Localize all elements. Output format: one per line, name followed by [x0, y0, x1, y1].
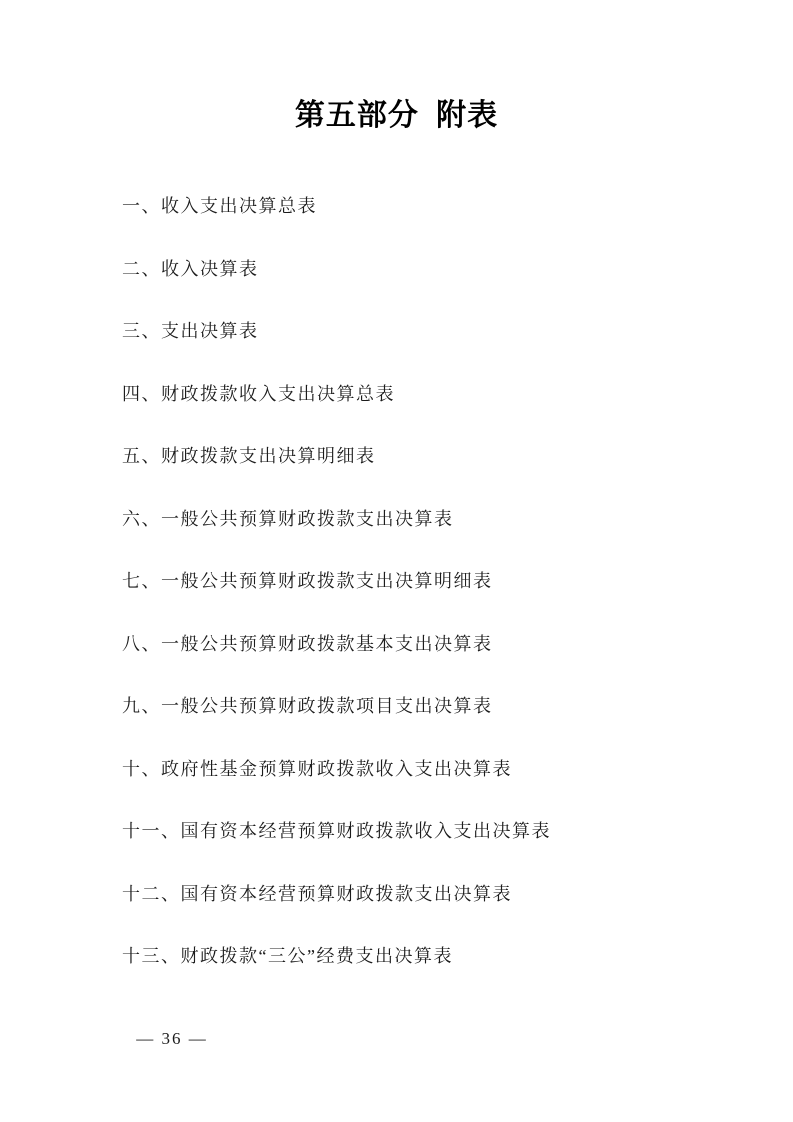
list-item: 七、一般公共预算财政拨款支出决算明细表	[122, 570, 733, 633]
list-item: 十三、财政拨款“三公”经费支出决算表	[122, 945, 733, 1008]
list-item: 九、一般公共预算财政拨款项目支出决算表	[122, 695, 733, 758]
list-item: 十、政府性基金预算财政拨款收入支出决算表	[122, 758, 733, 821]
list-item: 五、财政拨款支出决算明细表	[122, 445, 733, 508]
list-item: 二、收入决算表	[122, 258, 733, 321]
list-item: 三、支出决算表	[122, 320, 733, 383]
attached-tables-list: 一、收入支出决算总表 二、收入决算表 三、支出决算表 四、财政拨款收入支出决算总…	[122, 195, 733, 1008]
document-page: 第五部分 附表 一、收入支出决算总表 二、收入决算表 三、支出决算表 四、财政拨…	[0, 0, 793, 1122]
list-item: 十一、国有资本经营预算财政拨款收入支出决算表	[122, 820, 733, 883]
page-title: 第五部分 附表	[0, 99, 793, 133]
list-item: 四、财政拨款收入支出决算总表	[122, 383, 733, 446]
list-item: 十二、国有资本经营预算财政拨款支出决算表	[122, 883, 733, 946]
page-number: — 36 —	[122, 1028, 222, 1050]
list-item: 一、收入支出决算总表	[122, 195, 733, 258]
list-item: 六、一般公共预算财政拨款支出决算表	[122, 508, 733, 571]
list-item: 八、一般公共预算财政拨款基本支出决算表	[122, 633, 733, 696]
